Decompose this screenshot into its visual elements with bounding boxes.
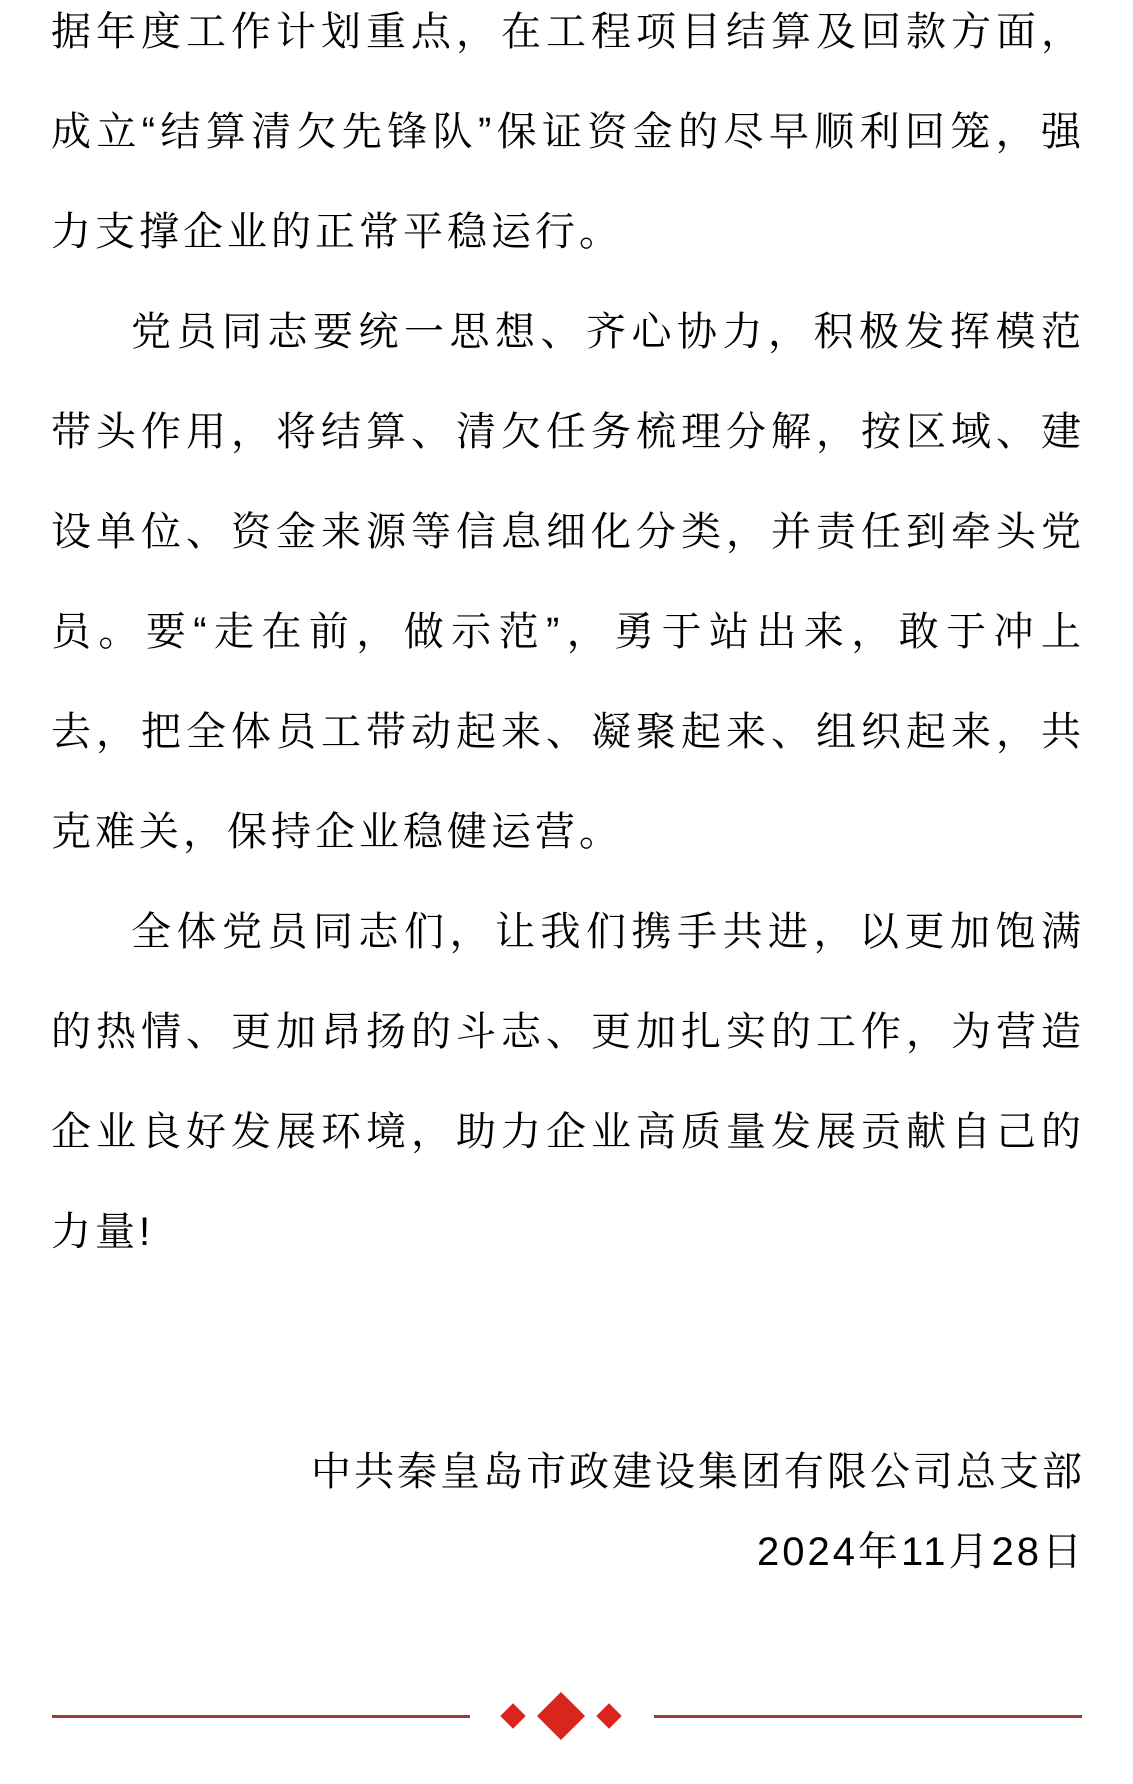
divider-line-right [654,1715,1082,1718]
signature-organization: 中共秦皇岛市政建设集团有限公司总支部 [51,1432,1085,1512]
signature-date: 2024年11月28日 [51,1512,1085,1592]
footer-divider [0,1690,1133,1742]
divider-line-left [52,1715,470,1718]
body-paragraph: 据年度工作计划重点，在工程项目结算及回款方面，成立“结算清欠先锋队”保证资金的尽… [51,0,1085,282]
diamond-icon [536,1692,584,1740]
document-page: 据年度工作计划重点，在工程项目结算及回款方面，成立“结算清欠先锋队”保证资金的尽… [0,0,1133,1784]
signature-block: 中共秦皇岛市政建设集团有限公司总支部 2024年11月28日 [0,1432,1133,1592]
body-paragraph: 党员同志要统一思想、齐心协力，积极发挥模范带头作用，将结算、清欠任务梳理分解，按… [51,282,1085,882]
diamond-icon [596,1703,621,1728]
article-body: 据年度工作计划重点，在工程项目结算及回款方面，成立“结算清欠先锋队”保证资金的尽… [0,0,1133,1282]
body-paragraph: 全体党员同志们，让我们携手共进，以更加饱满的热情、更加昂扬的斗志、更加扎实的工作… [51,882,1085,1282]
diamond-icon [500,1703,525,1728]
